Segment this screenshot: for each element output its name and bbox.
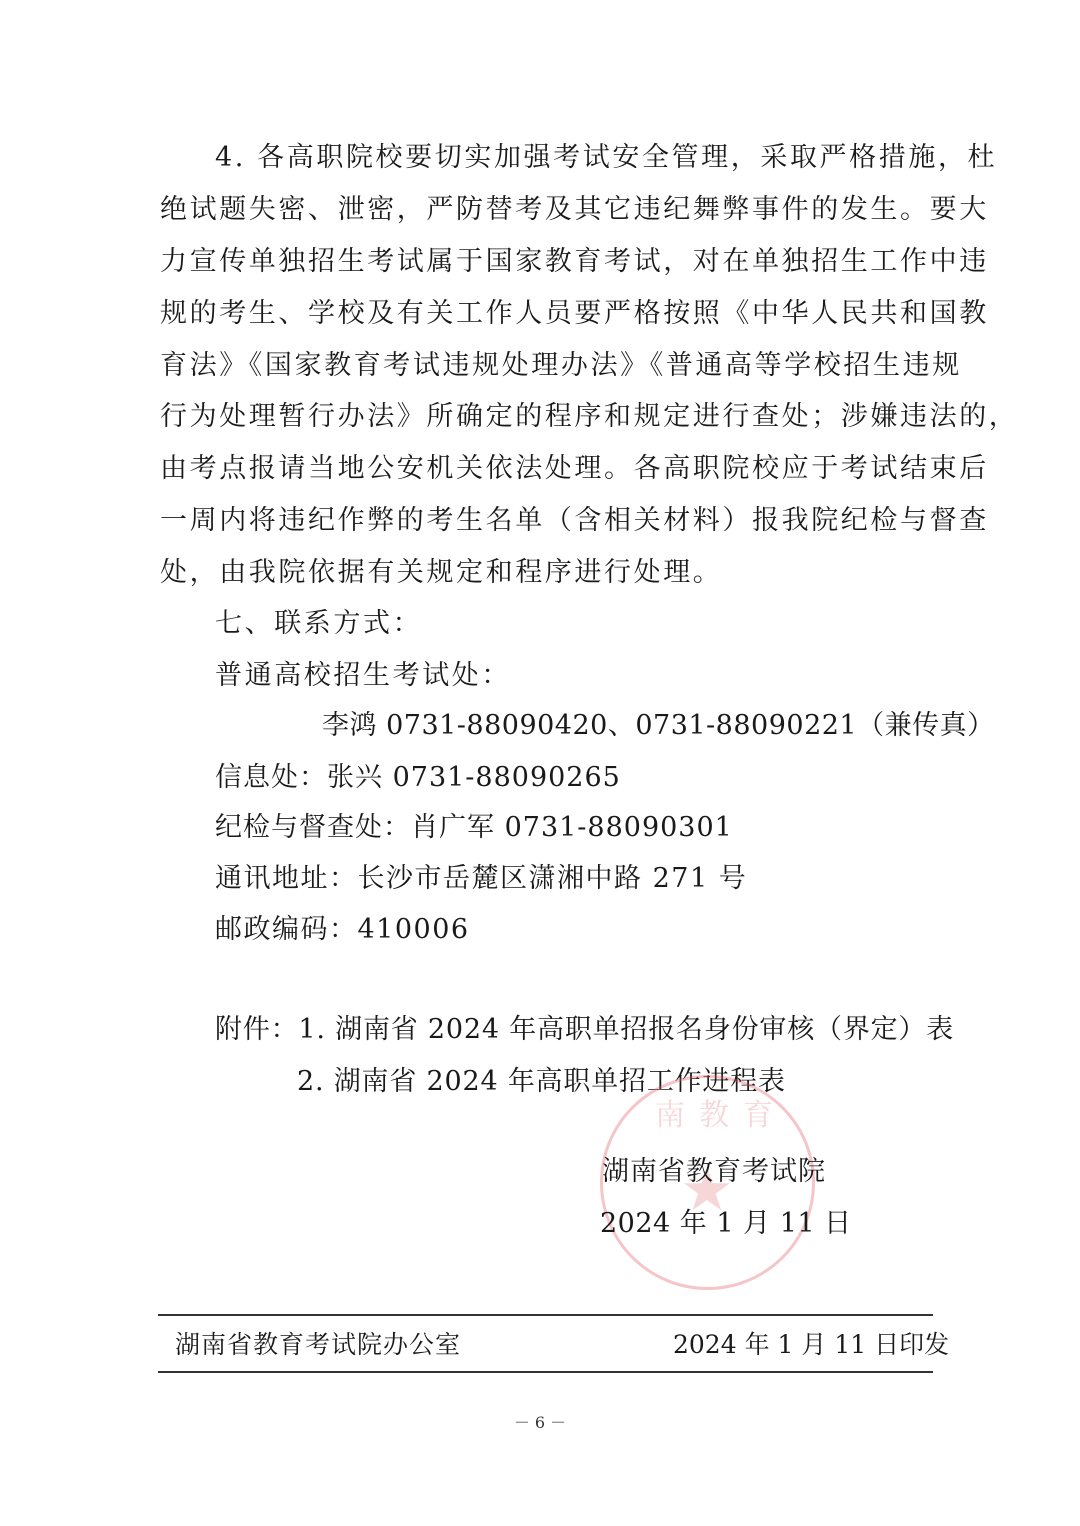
paragraph-line: 4. 各高职院校要切实加强考试安全管理，采取严格措施，杜: [215, 142, 997, 174]
paragraph-line: 绝试题失密、泄密，严防替考及其它违纪舞弊事件的发生。要大: [160, 194, 989, 226]
seal-text: 南教育: [655, 1090, 787, 1134]
contact-address: 通讯地址：长沙市岳麓区潇湘中路 271 号: [215, 863, 747, 895]
signature-date: 2024 年 1 月 11 日: [600, 1208, 852, 1240]
contact-dept: 普通高校招生考试处：: [215, 660, 511, 692]
contact-dept: 纪检与督查处：肖广军 0731-88090301: [215, 812, 733, 844]
attachment-item-1: 附件：1. 湖南省 2024 年高职单招报名身份审核（界定）表: [215, 1014, 954, 1046]
page-number: － 6 －: [0, 1410, 1080, 1433]
paragraph-line: 力宣传单独招生考试属于国家教育考试，对在单独招生工作中违: [160, 246, 989, 278]
paragraph-line: 一周内将违纪作弊的考生名单（含相关材料）报我院纪检与督查: [160, 505, 989, 537]
paragraph-line: 行为处理暂行办法》所确定的程序和规定进行查处；涉嫌违法的，: [160, 401, 1018, 433]
paragraph-line: 由考点报请当地公安机关依法处理。各高职院校应于考试结束后: [160, 453, 989, 485]
contact-postcode: 邮政编码：410006: [215, 914, 470, 946]
footer-issuer: 湖南省教育考试院办公室: [175, 1330, 461, 1360]
paragraph-line: 处，由我院依据有关规定和程序进行处理。: [160, 557, 722, 589]
footer-issue-date: 2024 年 1 月 11 日印发: [673, 1330, 949, 1360]
contact-dept: 信息处：张兴 0731-88090265: [215, 762, 621, 794]
paragraph-line: 规的考生、学校及有关工作人员要严格按照《中华人民共和国教: [160, 298, 989, 330]
section-heading: 七、联系方式：: [215, 608, 422, 640]
footer-top-rule: [158, 1314, 933, 1316]
paragraph-line: 育法》《国家教育考试违规处理办法》《普通高等学校招生违规: [160, 350, 962, 382]
contact-detail: 李鸿 0731-88090420、0731-88090221（兼传真）: [322, 710, 995, 742]
signature-org: 湖南省教育考试院: [602, 1156, 826, 1188]
footer-bottom-rule: [158, 1371, 933, 1373]
